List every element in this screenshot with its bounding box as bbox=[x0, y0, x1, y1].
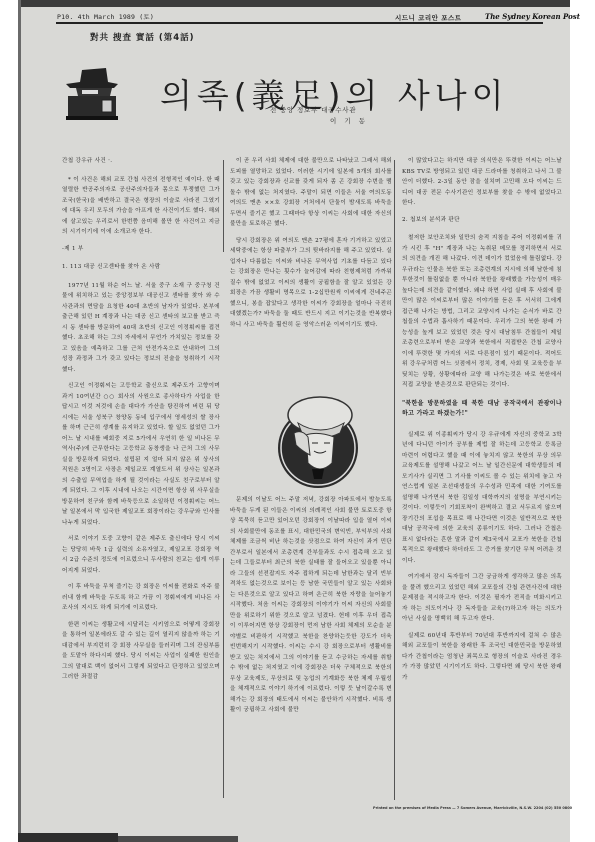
column-2-bottom: 문제의 이날도 어느 주말 저녁, 강회장 아파트에서 밤늦도록 바둑을 두게 … bbox=[230, 495, 392, 722]
column-divider bbox=[223, 160, 224, 252]
scan-edge-bottom bbox=[18, 833, 118, 842]
printer-footer: Printed on the premises of Media Press —… bbox=[373, 806, 572, 810]
author-name: 이 기 동 bbox=[330, 116, 368, 125]
paragraph: 당시 강회장은 위 여의도 맨촌 27평에 혼자 기거하고 있었고 세탁중에는 … bbox=[230, 236, 392, 331]
paragraph: 한편 이씨는 생활고에 시달리는 시키엄으로 어떻게 강회장을 통하여 일본에라… bbox=[62, 620, 220, 683]
scan-edge-left bbox=[18, 0, 21, 842]
column-3: 이 많았다고는 하지만 대공 의식만은 뚜렷한 이씨는 어느날 KBS TV로 … bbox=[402, 156, 562, 689]
paragraph: 여기에서 잠시 독자들이 그간 궁금하게 생각하고 많은 의혹을 풀려 했으리고… bbox=[402, 572, 562, 625]
paper-name-english: The Sydney Korean Post bbox=[485, 12, 580, 21]
subtitle: 간첩 강우규 사건 ·. bbox=[62, 156, 220, 167]
paragraph: 철저한 보안조치와 일만의 숨적 지침을 주어 이정훠씨를 귀가 시킨 후 "H… bbox=[402, 233, 562, 391]
section-heading: 1. 113 대공 신고센타를 찾아 온 사람 bbox=[62, 262, 220, 273]
paragraph: 이 곧 우리 사회 체제에 대한 불만으로 나타났고 그래서 해외도피를 열망하… bbox=[230, 156, 392, 230]
page-date: P10. 4th March 1989 (토) bbox=[57, 12, 154, 21]
pull-quote: "북한을 방문하였을 때 북한 대남 공작국에서 관광이나 하고 가라고 하겠는… bbox=[402, 399, 562, 420]
paragraph: 1977년 11월 하순 어느 날. 서울 중구 소재 구 중구청 건물에 위치… bbox=[62, 281, 220, 376]
series-label: 對共 捜査 實話 (第4話) bbox=[90, 31, 195, 43]
portrait-illustration bbox=[268, 393, 368, 493]
paper-name-korean: 시드니 코리안 포스트 bbox=[395, 13, 462, 22]
intro-paragraph: * 이 사건은 해외 교포 간첩 사건의 전형적인 예이다. 한 때 열렬한 반… bbox=[62, 175, 220, 238]
part-label: -제 1 부 bbox=[62, 244, 220, 255]
column-divider bbox=[223, 558, 224, 798]
column-2-top: 이 곧 우리 사회 체제에 대한 불만으로 나타났고 그래서 해외도피를 열망하… bbox=[230, 156, 392, 336]
paragraph: 실제로 위 이종훠씨가 당시 강 우규에게 자신의 중학교 3학년에 다니던 아… bbox=[402, 430, 562, 567]
author-role: 전 중앙 정보부 대공수사관 bbox=[270, 105, 356, 114]
scan-edge-bottom bbox=[118, 836, 238, 842]
spy-hat-icon bbox=[62, 62, 122, 122]
paragraph: 이 많았다고는 하지만 대공 의식만은 뚜렷한 이씨는 어느날 KBS TV로 … bbox=[402, 156, 562, 209]
paragraph: 신고인 이정훠씨는 고등학교 출신으로 제주도가 고향이며 과거 10여년간 ○… bbox=[62, 381, 220, 528]
paragraph: 서로 이야기 도중 고향이 같은 제주도 출신에다 당시 이씨는 당당히 바둑 … bbox=[62, 534, 220, 576]
column-1: 간첩 강우규 사건 ·. * 이 사건은 해외 교포 간첩 사건의 전형적인 예… bbox=[62, 156, 220, 689]
paragraph: 이 후 바둑을 무척 즐기는 강 회장은 이씨를 전화로 자주 불러내 함께 바… bbox=[62, 582, 220, 614]
scan-edge-top bbox=[18, 0, 570, 7]
section-heading: 2. 첩보의 분석과 판단 bbox=[402, 215, 562, 226]
paragraph: 실제로 60년대 후반부터 70년대 후반까지에 걸쳐 수 많은 해외 교포들이… bbox=[402, 631, 562, 684]
paragraph: 문제의 이날도 어느 주말 저녁, 강회장 아파트에서 밤늦도록 바둑을 두게 … bbox=[230, 495, 392, 716]
column-divider bbox=[394, 160, 395, 800]
header-divider bbox=[56, 22, 543, 24]
